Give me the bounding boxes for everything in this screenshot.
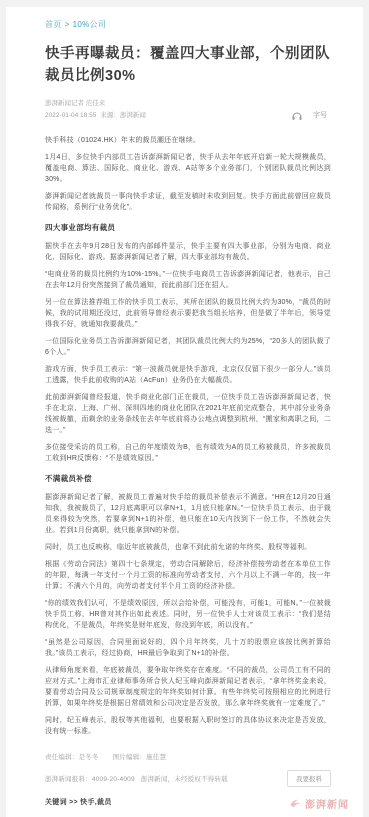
byline: 澎湃新闻记者 范佳来 2022-01-04 18:55来源：澎湃新闻 <box>45 98 146 121</box>
article-footer: 责任编辑：是冬冬图片编辑：施佳慧 澎湃新闻报料：4009-20-4009澎湃新闻… <box>45 752 331 807</box>
article-paragraph: 同时，员工也反映称，临近年底被裁员，也拿不到此前允诺的年终奖、股权等福利。 <box>45 542 331 553</box>
tipline-row: 澎湃新闻报料：4009-20-4009澎湃新闻，未经授权不得转载 我要报料 <box>45 770 331 787</box>
article-paragraph: 据澎湃新闻记者了解，被裁员工普遍对快手给的裁员补偿表示不满意。“HR在12月20… <box>45 492 331 536</box>
article-paragraph: “虽然是公司原因，合同里面说好的，四个月年终奖，几十万的股票应该按比例折算给我。… <box>45 637 331 659</box>
keywords-row: 关键词 >> 快手,裁员 <box>45 797 331 807</box>
font-size-button[interactable]: 字号 <box>313 110 327 120</box>
breadcrumb: 首页>10%公司 <box>45 19 331 30</box>
article-paragraph: 澎湃新闻记者就裁员一事向快手求证，截至发稿时未收到回复。快手方面此前曾回应裁员传… <box>45 191 331 213</box>
breadcrumb-home-link[interactable]: 首页 <box>45 20 62 29</box>
byline-date-source: 2022-01-04 18:55来源：澎湃新闻 <box>45 110 146 122</box>
breadcrumb-section-link[interactable]: 10%公司 <box>73 20 107 29</box>
editor-credit: 责任编辑：是冬冬 <box>45 754 99 761</box>
breadcrumb-separator: > <box>65 20 70 29</box>
byline-source: 来源：澎湃新闻 <box>100 112 146 119</box>
article-body: 快手科技（01024.HK）年末的裁员潮还在继续。1月4日，多位快手内部员工告诉… <box>45 135 331 737</box>
article-paragraph: 据快手在去年9月28日发布的内部邮件显示，快手主要有四大事业部，分别为电商、商业… <box>45 241 331 263</box>
editors-line: 责任编辑：是冬冬图片编辑：施佳慧 <box>45 752 331 761</box>
editor-credit: 图片编辑：施佳慧 <box>113 754 167 761</box>
article-page: 首页>10%公司 快手再曝裁员：覆盖四大事业部，个别团队裁员比例30% 澎湃新闻… <box>6 7 363 817</box>
keywords-label: 关键词 >> <box>45 799 78 806</box>
byline-datetime: 2022-01-04 18:55 <box>45 112 96 119</box>
section-heading: 四大事业部均有裁员 <box>45 222 331 234</box>
article-paragraph: 一位国际化业务员工告诉澎湃新闻记者，其团队裁员比例大约为25%，“20多人的团队… <box>45 336 331 358</box>
report-tip-button[interactable]: 我要报料 <box>287 770 331 787</box>
article-paragraph: 游戏方面，快手员工表示：“第一波裁员就是快手游戏，北京仅仅留下很少一部分人。”该… <box>45 364 331 386</box>
byline-row: 澎湃新闻记者 范佳来 2022-01-04 18:55来源：澎湃新闻 字号 <box>45 98 331 121</box>
page-title: 快手再曝裁员：覆盖四大事业部，个别团队裁员比例30% <box>45 43 331 88</box>
article-paragraph: 从律师角度来看，年底被裁员，要争取年终奖存在难度。“不同的裁员，公司员工有不同的… <box>45 665 331 709</box>
section-heading: 不满裁员补偿 <box>45 473 331 485</box>
tipline-text: 澎湃新闻报料：4009-20-4009澎湃新闻，未经授权不得转载 <box>45 774 228 783</box>
byline-reporter: 澎湃新闻记者 范佳来 <box>45 98 146 110</box>
article-paragraph: 另一位在算法推荐组工作的快手员工表示，其所在团队的裁员比例大约为30%，“裁员的… <box>45 297 331 330</box>
article-paragraph: “电商业务的裁员比例约为10%-15%。”一位快手电商员工告诉澎湃新闻记者，他表… <box>45 269 331 291</box>
article-paragraph: 1月4日，多位快手内部员工告诉澎湃新闻记者，快手从去年年底开启新一轮大规模裁员，… <box>45 152 331 185</box>
article-paragraph: 同时，纪玉峰表示，股权等其他福利，也要根据入职时签订的具体协议来决定是否发放，没… <box>45 715 331 737</box>
headphones-icon[interactable] <box>291 109 303 121</box>
article-paragraph: “你的绩效我们认可，不是绩效原因，所以会给补偿，可能没有，可能1，可能N。”一位… <box>45 598 331 631</box>
tip-hotline: 澎湃新闻报料：4009-20-4009 <box>45 776 135 783</box>
article-paragraph: 根据《劳动合同法》第四十七条规定，劳动合同解除后，经济补偿按劳动者在本单位工作的… <box>45 559 331 592</box>
article-paragraph: 此前澎湃新闻曾经报道，快手商业化部门正在裁员，一位快手员工告诉澎湃新闻记者，快手… <box>45 392 331 436</box>
article-paragraph: 快手科技（01024.HK）年末的裁员潮还在继续。 <box>45 135 331 146</box>
article-tools: 字号 <box>291 109 331 121</box>
copyright-note: 澎湃新闻，未经授权不得转载 <box>141 776 228 783</box>
article-paragraph: 多位接受采访的员工称，自己的年度绩效为B，也有绩效为A的员工称被裁员，许多被裁员… <box>45 442 331 464</box>
keywords-links[interactable]: 快手,裁员 <box>80 799 111 806</box>
